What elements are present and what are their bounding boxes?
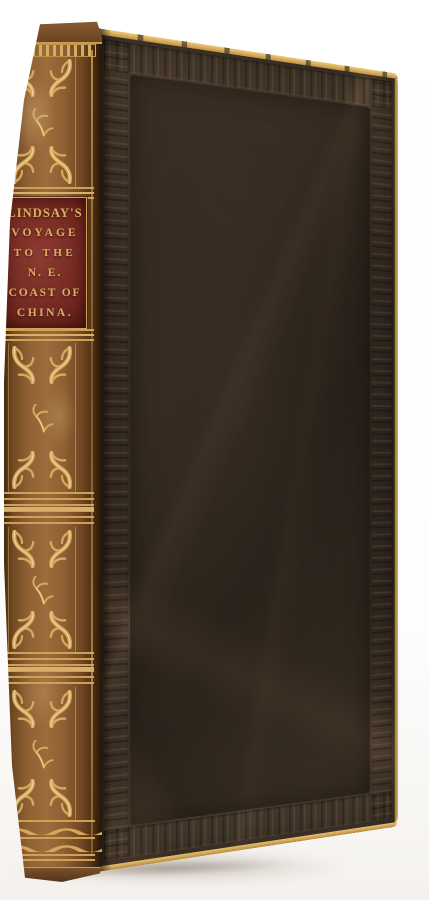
fleuron-icon (44, 346, 74, 384)
fleuron-icon (10, 59, 40, 97)
fleuron-icon (10, 530, 40, 568)
spine-title-line: CHINA. (4, 303, 86, 323)
fleuron-icon (10, 611, 40, 649)
fleuron-icon (10, 451, 40, 489)
spine-compartment (8, 527, 76, 652)
gilt-fillet (4, 854, 95, 856)
fleuron-icon (10, 779, 40, 817)
gilt-edge-fore (395, 78, 398, 823)
fleuron-icon (44, 451, 74, 489)
spine-title-line: TO THE (4, 243, 86, 263)
gilt-fillet-band-wide (4, 652, 94, 687)
gilt-fillet (4, 859, 95, 861)
fleuron-icon (44, 530, 74, 568)
fleuron-icon (10, 346, 40, 384)
spine-title-line: VOYAGE (4, 223, 86, 243)
spine-compartment (8, 56, 76, 187)
floral-sprig-icon (28, 401, 56, 434)
spine-title-line: COAST OF (4, 283, 86, 303)
gilt-joint-fillet (91, 50, 93, 856)
spine-headcap (2, 20, 102, 44)
book: LINDSAY'S VOYAGE TO THE N. E. COAST OF C… (0, 0, 429, 900)
fleuron-icon (44, 611, 74, 649)
front-cover-perspective (96, 28, 398, 872)
spine-compartment (8, 343, 76, 492)
fleuron-icon (44, 690, 74, 728)
fleuron-icon (10, 146, 40, 184)
fleuron-icon (10, 690, 40, 728)
blind-stamped-border-right (371, 79, 391, 822)
spine-tailcap (2, 867, 102, 882)
spine-title-line: LINDSAY'S (4, 203, 86, 223)
gilt-fillet (4, 837, 95, 839)
cover-center-panel (130, 75, 370, 826)
spine-tail-bands (4, 820, 95, 866)
spine-title-line: N. E. (4, 263, 86, 283)
floral-sprig-icon (28, 105, 56, 138)
gilt-fillet (4, 820, 95, 822)
fleuron-icon (44, 779, 74, 817)
floral-sprig-icon (28, 737, 56, 770)
floral-sprig-icon (28, 573, 56, 606)
fleuron-icon (44, 146, 74, 184)
gilt-fillet-band-wide (4, 492, 94, 527)
spine-title-label: LINDSAY'S VOYAGE TO THE N. E. COAST OF C… (3, 197, 87, 329)
fleuron-icon (44, 59, 74, 97)
book-spine: LINDSAY'S VOYAGE TO THE N. E. COAST OF C… (2, 20, 102, 882)
front-cover (96, 28, 398, 872)
gilt-fillet-band (4, 329, 94, 341)
photo-background: LINDSAY'S VOYAGE TO THE N. E. COAST OF C… (0, 0, 429, 900)
spine-compartment (8, 687, 76, 820)
